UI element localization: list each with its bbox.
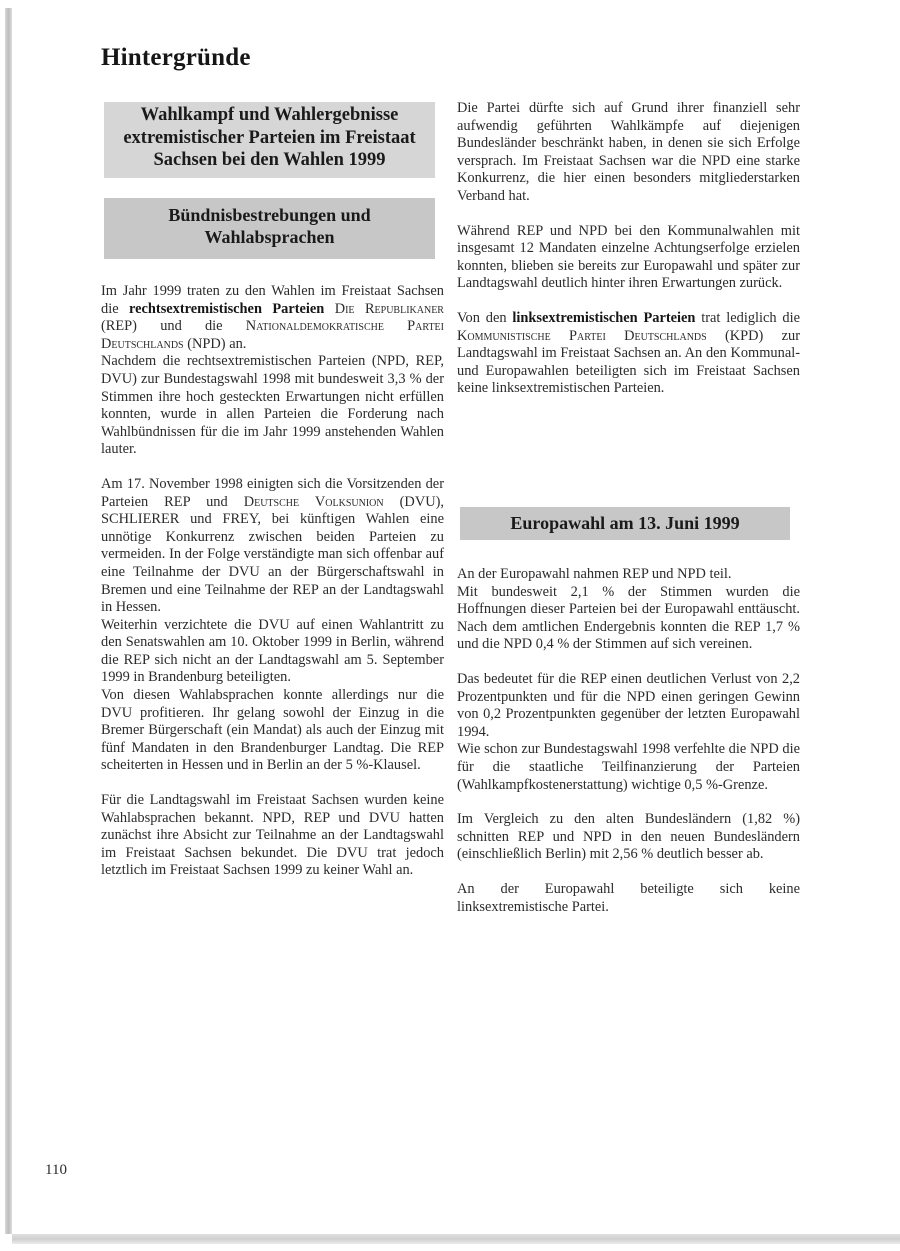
bold-term: linksextremistischen Parteien: [512, 310, 695, 326]
text-run: Von den: [457, 310, 512, 326]
party-name: Die Republikaner: [335, 301, 444, 317]
page-header: Hintergründe: [101, 44, 251, 72]
paragraph: Während REP und NPD bei den Kommunalwahl…: [457, 223, 800, 293]
text-run: (DVU), SCHLIERER und FREY, bei künftigen…: [101, 494, 444, 616]
scan-edge-bottom: [12, 1234, 900, 1244]
paragraph: Nachdem die rechtsextremistischen Partei…: [101, 353, 444, 459]
europe-section-title-box: Europawahl am 13. Juni 1999: [460, 507, 790, 540]
party-name: Deutsche Volksunion: [244, 494, 384, 510]
scan-edge-left: [5, 8, 12, 1234]
paragraph: Im Vergleich zu den alten Bundesländern …: [457, 811, 800, 864]
main-title: Wahlkampf und Wahlergebnisse extremistis…: [123, 105, 415, 170]
bold-term: rechtsextremistischen Parteien: [129, 301, 324, 317]
paragraph: Von diesen Wahlabsprachen konnte allerdi…: [101, 687, 444, 775]
paragraph: Am 17. November 1998 einigten sich die V…: [101, 476, 444, 617]
paragraph: Die Partei dürfte sich auf Grund ihrer f…: [457, 100, 800, 206]
paragraph: Weiterhin verzichtete die DVU auf einen …: [101, 617, 444, 687]
text-run: (NPD) an.: [184, 336, 247, 352]
text-run: trat lediglich die: [695, 310, 800, 326]
paragraph: Von den linksextremistischen Parteien tr…: [457, 310, 800, 398]
europe-section: An der Europawahl nahmen REP und NPD tei…: [457, 566, 800, 916]
main-title-box: Wahlkampf und Wahlergebnisse extremistis…: [104, 102, 435, 178]
paragraph: Das bedeutet für die REP einen deutliche…: [457, 671, 800, 741]
paragraph: Mit bundesweit 2,1 % der Stimmen wurden …: [457, 584, 800, 654]
paragraph: An der Europawahl beteiligte sich keine …: [457, 881, 800, 916]
text-run: [324, 301, 334, 317]
party-name: Kommunistische Partei Deutschlands: [457, 328, 707, 344]
paragraph: An der Europawahl nahmen REP und NPD tei…: [457, 566, 800, 584]
subsection-title-box: Bündnisbestrebungen und Wahlabsprachen: [104, 198, 435, 259]
europe-section-title: Europawahl am 13. Juni 1999: [510, 513, 739, 533]
paragraph: Für die Landtagswahl im Freistaat Sachse…: [101, 792, 444, 880]
paragraph: Wie schon zur Bundestagswahl 1998 verfeh…: [457, 741, 800, 794]
page-number: 110: [45, 1162, 67, 1179]
right-column: Die Partei dürfte sich auf Grund ihrer f…: [457, 100, 800, 398]
text-run: (REP) und die: [101, 318, 246, 334]
left-column: Im Jahr 1999 traten zu den Wahlen im Fre…: [101, 283, 444, 880]
subsection-title: Bündnisbestrebungen und Wahlabsprachen: [168, 205, 370, 247]
paragraph: Im Jahr 1999 traten zu den Wahlen im Fre…: [101, 283, 444, 353]
